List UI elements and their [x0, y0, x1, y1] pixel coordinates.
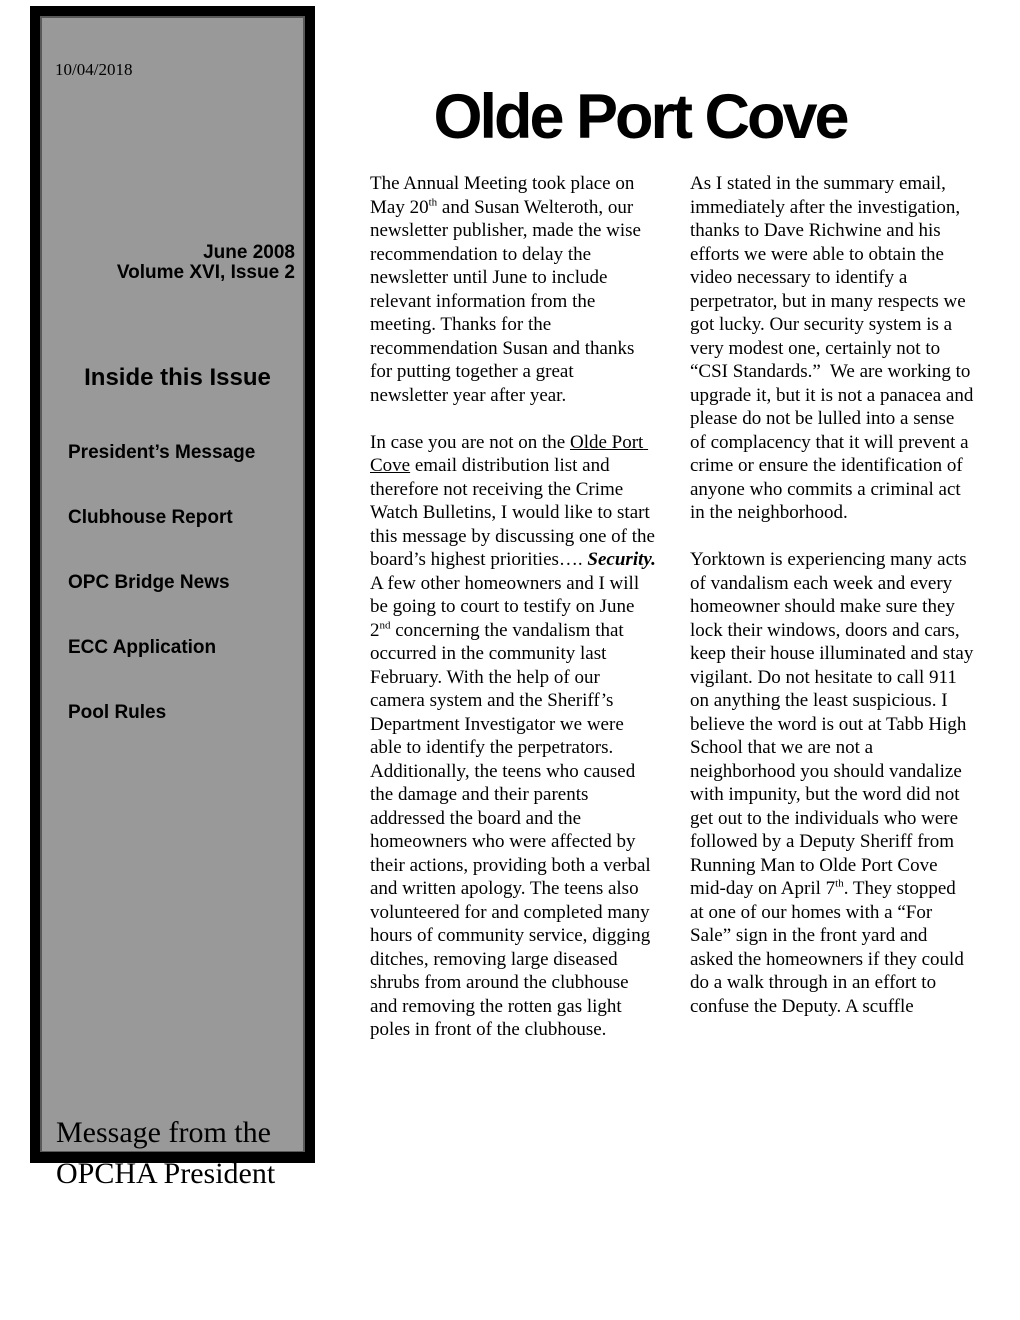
text-run: Yorktown is experiencing many acts of va… [690, 549, 978, 899]
text-run: In case you are not on the [370, 432, 570, 453]
paragraph: Yorktown is experiencing many acts of va… [690, 548, 974, 1018]
toc-item-clubhouse-report: Clubhouse Report [68, 507, 298, 529]
issue-block: June 2008 Volume XVI, Issue 2 [44, 243, 295, 283]
article-column-right: As I stated in the summary email, immedi… [690, 172, 974, 1042]
page-title: Olde Port Cove [355, 84, 925, 150]
table-of-contents: President’s Message Clubhouse Report OPC… [68, 442, 298, 767]
toc-item-opc-bridge-news: OPC Bridge News [68, 572, 298, 594]
toc-item-ecc-application: ECC Application [68, 637, 298, 659]
text-run: Security. [587, 549, 655, 570]
sidebar-box-bottom-border [30, 1152, 315, 1163]
paragraph: The Annual Meeting took place on May 20t… [370, 172, 656, 407]
issue-date: June 2008 [44, 243, 295, 263]
text-run: nd [380, 619, 391, 631]
paragraph: In case you are not on the Olde Port Cov… [370, 431, 656, 1042]
toc-item-pool-rules: Pool Rules [68, 702, 298, 724]
article-column-left: The Annual Meeting took place on May 20t… [370, 172, 656, 1065]
text-run: concerning the vandalism that occurred i… [370, 620, 655, 1041]
paragraph: As I stated in the summary email, immedi… [690, 172, 974, 525]
toc-item-presidents-message: President’s Message [68, 442, 298, 464]
volume-issue: Volume XVI, Issue 2 [44, 263, 295, 283]
newsletter-page: 10/04/2018 June 2008 Volume XVI, Issue 2… [0, 0, 1020, 1320]
text-run: and Susan Welteroth, our newsletter publ… [370, 197, 646, 406]
text-run: th [429, 196, 438, 208]
date-text: 10/04/2018 [55, 60, 132, 80]
text-run: As I stated in the summary email, immedi… [690, 173, 978, 523]
inside-this-issue-heading: Inside this Issue [50, 364, 305, 392]
text-run: th [835, 878, 844, 890]
